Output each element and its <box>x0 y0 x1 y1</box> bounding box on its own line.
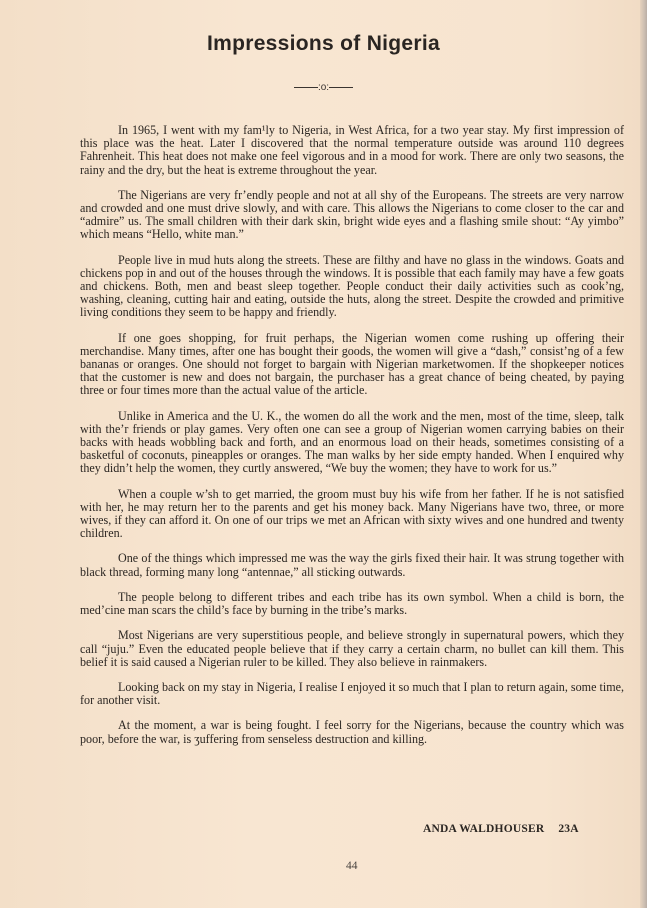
author-signature: ANDA WALDHOUSER23A <box>423 823 579 835</box>
paragraph: Looking back on my stay in Nigeria, I re… <box>80 681 624 707</box>
article-title: Impressions of Nigeria <box>0 32 647 56</box>
author-class: 23A <box>558 823 578 835</box>
divider-rule-left <box>294 87 318 88</box>
scanned-page: Impressions of Nigeria :o: In 1965, I we… <box>0 0 640 908</box>
paragraph: The people belong to different tribes an… <box>80 591 624 617</box>
paragraph: Unlike in America and the U. K., the wom… <box>80 410 624 476</box>
author-name: ANDA WALDHOUSER <box>423 823 544 835</box>
paragraph: When a couple w’sh to get married, the g… <box>80 488 624 541</box>
paragraph: Most Nigerians are very superstitious pe… <box>80 629 624 669</box>
paragraph: At the moment, a war is being fought. I … <box>80 719 624 745</box>
divider-ornament: :o: <box>318 82 329 93</box>
paragraph: People live in mud huts along the street… <box>80 254 624 320</box>
paragraph: If one goes shopping, for fruit perhaps,… <box>80 332 624 398</box>
paragraph: In 1965, I went with my fam¹ly to Nigeri… <box>80 124 624 177</box>
section-divider: :o: <box>0 82 647 93</box>
page-number: 44 <box>346 860 358 872</box>
page-edge-shadow <box>640 0 647 908</box>
paragraph: One of the things which impressed me was… <box>80 552 624 578</box>
divider-rule-right <box>329 87 353 88</box>
paragraph: The Nigerians are very fr’endly people a… <box>80 189 624 242</box>
article-body: In 1965, I went with my fam¹ly to Nigeri… <box>80 124 624 758</box>
